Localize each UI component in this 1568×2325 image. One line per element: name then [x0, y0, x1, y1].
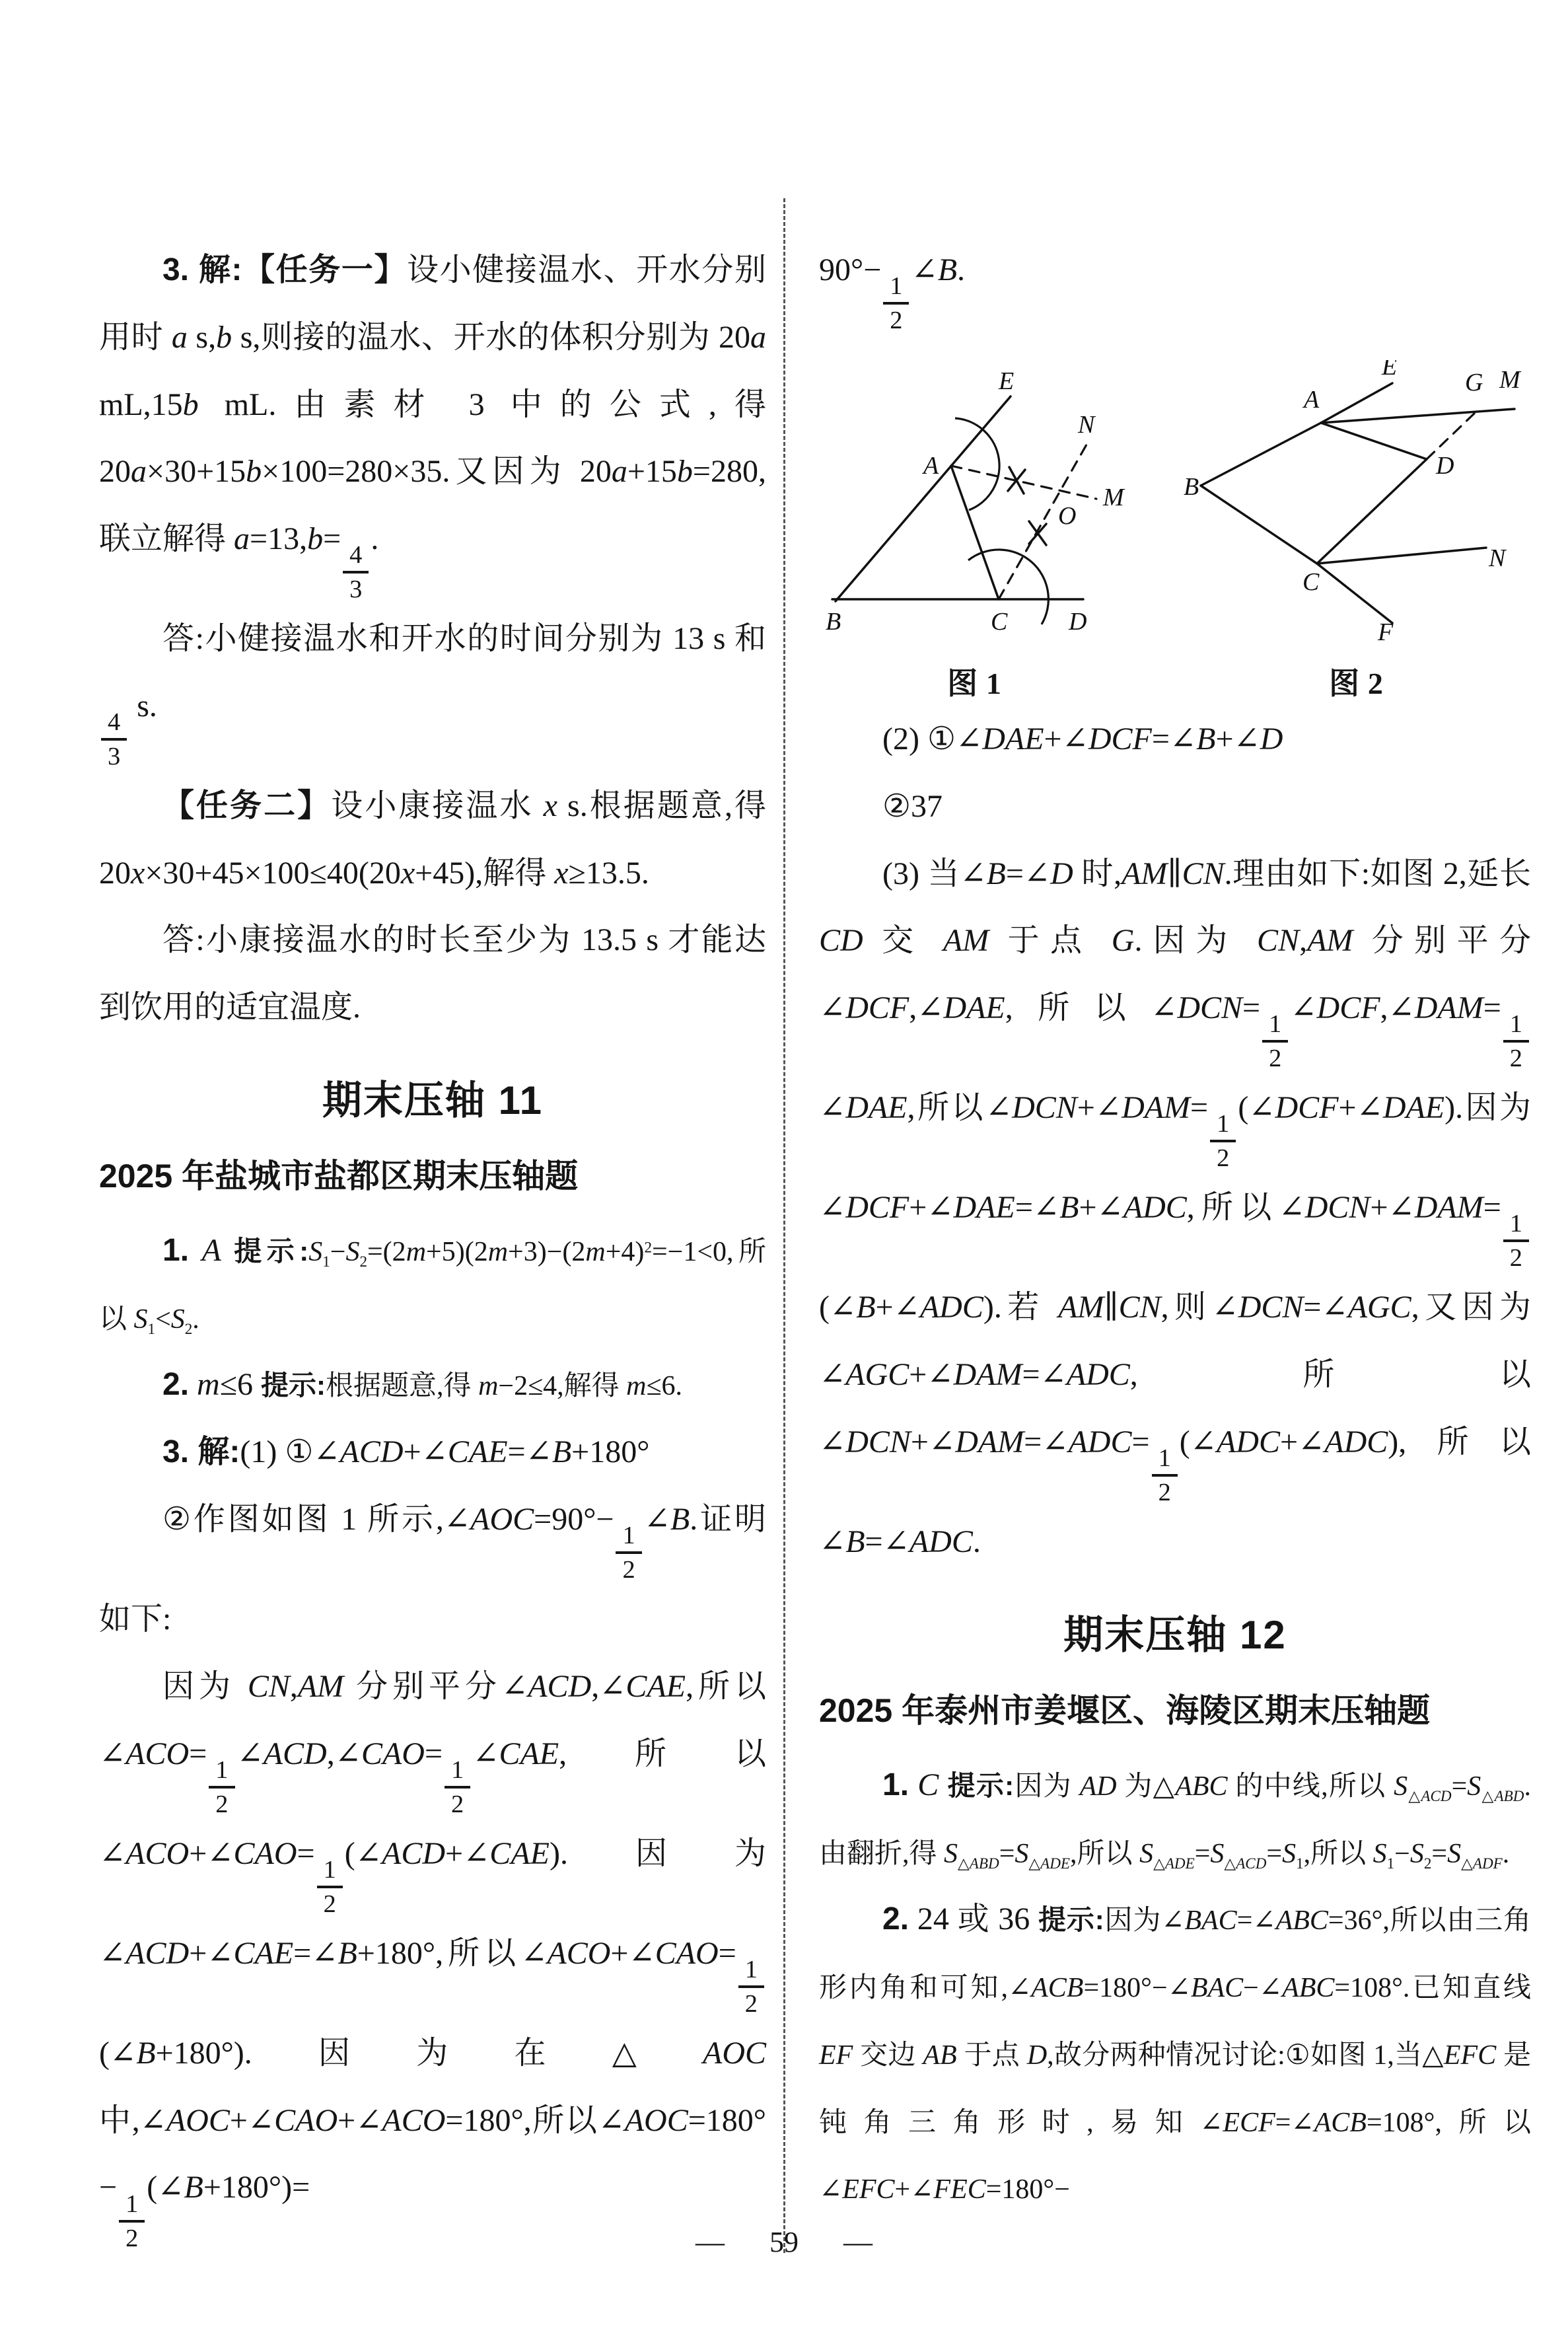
paragraph: 答:小康接温水的时长至少为 13.5 s 才能达到饮用的适宜温度. [99, 906, 766, 1041]
math-var: DAE [845, 1090, 907, 1125]
paragraph: 1. A 提示:S1−S2=(2m+5)(2m+3)−(2m+4)2=−1<0,… [99, 1217, 766, 1352]
fraction: 43 [343, 539, 369, 605]
math-var: DAM [1415, 990, 1483, 1025]
math-var: CAE [448, 1434, 508, 1469]
math-var: ACD [528, 1669, 591, 1704]
fig2-label-A: A [1302, 386, 1320, 414]
paragraph: 2. m≤6 提示:根据题意,得 m−2≤4,解得 m≤6. [99, 1351, 766, 1419]
math-var: CAO [274, 2103, 338, 2138]
fraction-denominator: 2 [1152, 1477, 1178, 1508]
math-var: CN [1182, 856, 1225, 891]
fig2-ray-CN [1317, 548, 1486, 564]
math-var: a [234, 521, 250, 556]
math-var: AGC [845, 1357, 909, 1392]
fraction-numerator: 1 [445, 1754, 470, 1789]
math-var: B [938, 252, 957, 287]
math-var: DCN [1238, 1290, 1304, 1325]
fraction-numerator: 1 [119, 2188, 145, 2223]
fig1-compass-arc-C [968, 550, 1048, 624]
fig2-label-M: M [1499, 366, 1522, 394]
fig2-ray-AE [1321, 383, 1392, 423]
math-var: B [1196, 721, 1215, 757]
math-var: S [1394, 1771, 1408, 1802]
fig2-line-AD [1321, 423, 1427, 459]
paragraph: 3. 解:(1) ①∠ACD+∠CAE=∠B+180° [99, 1419, 766, 1486]
fraction-denominator: 2 [1210, 1142, 1236, 1174]
math-var: DCF [1317, 990, 1380, 1025]
math-var: DCF [845, 990, 909, 1025]
fig1-label-M: M [1102, 484, 1125, 511]
subsection-heading: 2025 年泰州市姜堰区、海陵区期末压轴题 [819, 1684, 1531, 1732]
math-var: B [670, 1502, 690, 1537]
fig2-ray-AM [1321, 409, 1515, 423]
section-heading: 期末压轴 12 [819, 1604, 1531, 1660]
math-var: B [856, 1290, 875, 1325]
math-var: EFC [842, 2174, 894, 2205]
page-footer: —59— [0, 2225, 1568, 2259]
math-var: CD [819, 923, 863, 958]
math-var: m [478, 1371, 498, 1401]
bold-label: 3. 解: [162, 252, 242, 287]
math-var: ADF [1473, 1855, 1503, 1872]
math-var: AGC [1348, 1290, 1411, 1325]
math-var: S [1282, 1839, 1296, 1869]
fig2-label-B: B [1184, 473, 1199, 501]
subscript: △ABD [1481, 1787, 1524, 1804]
fig1-label-N: N [1077, 411, 1096, 439]
fraction-numerator: 1 [616, 1520, 641, 1554]
math-var: ACO [125, 1736, 189, 1771]
math-var: CAE [489, 1836, 550, 1871]
math-var: DCN [1305, 1190, 1371, 1225]
math-var: ABC [1175, 1771, 1227, 1802]
fig1-label-E: E [998, 367, 1014, 395]
fraction: 12 [445, 1754, 470, 1820]
math-var: ACO [382, 2103, 445, 2138]
math-var: DCN [1177, 990, 1242, 1025]
math-var: a [612, 454, 627, 489]
math-var: a [750, 320, 766, 355]
math-var: DCN [1012, 1090, 1077, 1125]
math-var: DAM [1415, 1190, 1483, 1225]
bold-label: 3. 解: [162, 1434, 240, 1469]
fraction: 12 [1210, 1108, 1236, 1174]
math-var: ADC [1217, 1424, 1280, 1459]
math-var: CAE [234, 1936, 294, 1971]
math-var: B [1059, 1190, 1079, 1225]
subscript: 1 [322, 1253, 330, 1270]
math-var: ABD [1495, 1787, 1524, 1804]
paragraph: ②作图如图 1 所示,∠AOC=90°−12∠B.证明如下: [99, 1486, 766, 1653]
subscript: 2 [185, 1320, 193, 1337]
math-var: m [626, 1371, 646, 1401]
superscript: 2 [644, 1238, 652, 1255]
fig1-label-A: A [921, 452, 939, 480]
paragraph: 【任务二】设小康接温水 x s.根据题意,得 20x×30+45×100≤40(… [99, 772, 766, 907]
bold-label: 1. [162, 1233, 189, 1268]
paragraph: 因为 CN,AM 分别平分∠ACD,∠CAE,所以∠ACO=12∠ACD,∠CA… [99, 1653, 766, 2254]
fraction-numerator: 1 [1152, 1442, 1178, 1477]
math-var: DAM [955, 1424, 1024, 1459]
math-var: AM [943, 923, 989, 958]
fraction: 43 [101, 706, 127, 772]
fraction: 12 [317, 1854, 343, 1920]
page-number: 59 [769, 2226, 799, 2258]
subscript: △ADE [1028, 1855, 1070, 1872]
subscript: 2 [359, 1253, 367, 1270]
figure-1-caption: 图 1 [819, 659, 1129, 703]
fraction-denominator: 3 [343, 573, 369, 605]
math-var: ADC [909, 1524, 973, 1559]
math-var: DAE [954, 1190, 1015, 1225]
subscript: △ACD [1224, 1855, 1266, 1872]
fraction-numerator: 4 [101, 706, 127, 741]
math-var: AM [1058, 1290, 1104, 1325]
math-var: CN [1257, 923, 1299, 958]
math-var: ACO [125, 1836, 189, 1871]
math-var: BAC [1184, 1905, 1236, 1936]
math-var: AOC [470, 1502, 534, 1537]
fraction-denominator: 2 [209, 1789, 234, 1820]
fraction: 12 [1152, 1442, 1178, 1508]
math-var: CAO [361, 1736, 425, 1771]
math-var: b [677, 454, 693, 489]
hint-text: 根据题意,得 m−2≤4,解得 m≤6. [326, 1371, 682, 1401]
right-column-text-top: 90°−12∠B. [819, 237, 1531, 336]
math-var: S [1210, 1839, 1224, 1869]
subscript: 1 [1387, 1855, 1395, 1872]
math-var: ACD [382, 1836, 445, 1871]
math-var: AOC [703, 2036, 766, 2071]
math-var: ADE [1040, 1855, 1070, 1872]
math-var: AM [1122, 856, 1167, 891]
right-column: 90°−12∠B. B C D A E [819, 237, 1531, 2222]
fig2-label-E: E [1381, 360, 1397, 381]
paragraph: ②37 [819, 773, 1531, 840]
math-var: ADC [1067, 1357, 1130, 1392]
math-var: B [986, 856, 1005, 891]
paragraph: (3) 当∠B=∠D 时,AM∥CN.理由如下:如图 2,延长 CD 交 AM … [819, 840, 1531, 1576]
fig1-label-C: C [991, 608, 1008, 636]
fig1-label-B: B [826, 608, 841, 636]
math-var: DAE [1383, 1090, 1444, 1125]
figure-1: B C D A E N M O 图 1 [819, 367, 1129, 703]
subscript: △ACD [1408, 1787, 1451, 1804]
fig1-label-D: D [1068, 608, 1087, 636]
math-var: S [1447, 1839, 1461, 1869]
math-var: m [585, 1237, 605, 1267]
math-var: b [246, 454, 262, 489]
math-var: ACD [264, 1736, 327, 1771]
figure-2-drawing: B A E G M D C N F [1181, 360, 1531, 644]
math-var: CAO [234, 1836, 297, 1871]
subscript: 1 [1296, 1855, 1304, 1872]
paragraph: 答:小健接温水和开水的时间分别为 13 s 和43 s. [99, 605, 766, 772]
math-var: a [131, 454, 147, 489]
fraction-numerator: 1 [738, 1954, 764, 1988]
subscript: △ABD [958, 1855, 999, 1872]
math-var: S [308, 1237, 322, 1267]
fraction: 12 [209, 1754, 234, 1820]
math-var: ECF [1223, 2108, 1275, 2138]
fraction: 12 [1503, 1008, 1529, 1074]
bold-label: 2. [882, 1901, 909, 1937]
math-var: D [1050, 856, 1073, 891]
math-var: b [183, 387, 199, 422]
math-var: AM [298, 1669, 343, 1704]
fraction-denominator: 3 [101, 741, 127, 772]
math-var: EF [819, 2040, 853, 2071]
math-var: ADE [1165, 1855, 1195, 1872]
math-var: x [554, 856, 568, 891]
fraction-numerator: 1 [883, 270, 909, 305]
math-var: x [401, 856, 415, 891]
fraction-numerator: 1 [1210, 1108, 1236, 1142]
math-var: b [216, 320, 232, 355]
math-var: A [202, 1233, 221, 1268]
bold-label: 【任务二】 [162, 788, 331, 823]
math-var: ACD [1236, 1855, 1266, 1872]
fraction-denominator: 2 [1262, 1043, 1288, 1074]
math-var: B [136, 2036, 155, 2071]
math-var: G [1112, 923, 1135, 958]
math-var: S [134, 1304, 148, 1335]
fig2-line-BA [1201, 423, 1321, 486]
math-var: DCF [1275, 1090, 1339, 1125]
fraction-numerator: 1 [317, 1854, 343, 1888]
math-var: FEC [933, 2174, 985, 2205]
fig2-line-BC [1201, 486, 1317, 564]
math-var: a [172, 320, 188, 355]
math-var: CAO [655, 1936, 719, 1971]
hint-label: 提示: [261, 1370, 326, 1401]
fraction-numerator: 1 [209, 1754, 234, 1789]
fraction: 12 [883, 270, 909, 336]
figure-1-drawing: B C D A E N M O [819, 367, 1129, 644]
math-var: S [1467, 1771, 1481, 1802]
figure-2: B A E G M D C N F 图 2 [1181, 360, 1531, 703]
footer-left-dash: — [695, 2226, 725, 2258]
subscript: △ADE [1153, 1855, 1195, 1872]
math-var: ACO [547, 1936, 610, 1971]
left-column-text: 3. 解:【任务一】设小健接温水、开水分别用时 a s,b s,则接的温水、开水… [99, 237, 766, 2254]
math-var: S [1015, 1839, 1028, 1869]
hint-text: 因为∠BAC=∠ABC=36°,所以由三角形内角和可知,∠ACB=180°−∠B… [819, 1905, 1531, 2205]
math-var: S [944, 1839, 958, 1869]
fig2-line-DC [1317, 459, 1427, 564]
fraction: 12 [1262, 1008, 1288, 1074]
math-var: D [1027, 2040, 1047, 2071]
math-var: B [845, 1524, 865, 1559]
math-var: x [131, 856, 145, 891]
math-var: AOC [625, 2103, 688, 2138]
subscript: 1 [148, 1320, 156, 1337]
math-var: b [307, 521, 323, 556]
math-var: B [184, 2170, 203, 2205]
math-var: AOC [166, 2103, 230, 2138]
math-var: DCN [845, 1424, 911, 1459]
right-column-text-rest: (2) ①∠DAE+∠DCF=∠B+∠D②37(3) 当∠B=∠D 时,AM∥C… [819, 706, 1531, 2222]
math-var: S [1139, 1839, 1153, 1869]
math-var: DCF [1088, 721, 1152, 757]
fraction: 12 [616, 1520, 641, 1586]
math-var: S [345, 1237, 359, 1267]
section-heading: 期末压轴 11 [99, 1069, 766, 1126]
subsection-heading: 2025 年盐城市盐都区期末压轴题 [99, 1150, 766, 1197]
math-var: ADC [920, 1290, 983, 1325]
math-var: DAM [1122, 1090, 1190, 1125]
fig1-line-AC [951, 466, 999, 599]
math-var: ABC [1282, 1973, 1334, 2003]
math-var: ADC [1123, 1190, 1187, 1225]
fig2-label-G: G [1465, 369, 1483, 396]
hint-label: 提示: [234, 1236, 308, 1267]
fraction-numerator: 1 [1503, 1008, 1529, 1043]
bold-label: 1. [882, 1767, 909, 1802]
math-var: S [1410, 1839, 1424, 1869]
fig1-label-O: O [1058, 502, 1076, 530]
math-var: ACB [1314, 2108, 1367, 2138]
hint-label: 提示: [1038, 1904, 1104, 1935]
figure-2-caption: 图 2 [1181, 659, 1531, 703]
fraction: 12 [1503, 1208, 1529, 1274]
math-var: ADC [1324, 1424, 1388, 1459]
paragraph: 2. 24 或 36 提示:因为∠BAC=∠ABC=36°,所以由三角形内角和可… [819, 1886, 1531, 2222]
math-var: B [552, 1434, 571, 1469]
footer-right-dash: — [843, 2226, 873, 2258]
fig1-line-BE [836, 396, 1011, 601]
fraction-numerator: 4 [343, 539, 369, 573]
math-var: B [338, 1936, 357, 1971]
fraction-denominator: 2 [738, 1988, 764, 2020]
paragraph: 3. 解:【任务一】设小健接温水、开水分别用时 a s,b s,则接的温水、开水… [99, 237, 766, 605]
subscript: △ADF [1461, 1855, 1503, 1872]
math-var: C [917, 1767, 939, 1802]
math-var: S [1373, 1839, 1387, 1869]
math-var: BAC [1191, 1973, 1243, 2003]
math-var: DAE [982, 721, 1044, 757]
math-var: S [171, 1304, 185, 1335]
fraction-denominator: 2 [883, 305, 909, 336]
paragraph: (2) ①∠DAE+∠DCF=∠B+∠D [819, 706, 1531, 773]
math-var: ADC [1068, 1424, 1131, 1459]
column-divider [783, 198, 785, 2253]
fraction-denominator: 2 [317, 1888, 343, 1920]
bold-label: 【任务一】 [242, 252, 408, 287]
fig2-label-D: D [1435, 452, 1454, 480]
math-var: CN [248, 1669, 290, 1704]
math-var: AM [1307, 923, 1353, 958]
fig2-ray-CF [1317, 564, 1392, 623]
math-var: m [488, 1237, 508, 1267]
fraction-denominator: 2 [1503, 1242, 1529, 1274]
fig1-tick-mark-CN [1029, 521, 1046, 545]
math-var: CAE [499, 1736, 559, 1771]
math-var: m [197, 1367, 220, 1402]
fig2-label-C: C [1302, 568, 1320, 596]
subscript: 2 [1424, 1855, 1432, 1872]
math-var: DAE [943, 990, 1005, 1025]
math-var: ABC [1276, 1905, 1328, 1936]
fig2-label-N: N [1488, 544, 1507, 572]
math-var: EFC [1444, 2040, 1496, 2071]
figure-row: B C D A E N M O 图 1 [819, 360, 1531, 703]
bold-label: 2. [162, 1367, 189, 1402]
math-var: m [406, 1237, 426, 1267]
math-var: ABD [970, 1855, 999, 1872]
fraction-denominator: 2 [445, 1789, 470, 1820]
fraction-numerator: 1 [1262, 1008, 1288, 1043]
math-var: CAE [625, 1669, 686, 1704]
hint-text: S1−S2=(2m+5)(2m+3)−(2m+4)2=−1<0,所以 S1<S2… [99, 1237, 766, 1335]
math-var: ACD [1421, 1787, 1451, 1804]
paragraph: 90°−12∠B. [819, 237, 1531, 336]
math-var: x [544, 788, 557, 823]
fraction-numerator: 1 [1503, 1208, 1529, 1242]
math-var: ACD [340, 1434, 404, 1469]
math-var: DAM [954, 1357, 1022, 1392]
fraction-denominator: 2 [616, 1554, 641, 1586]
math-var: AD [1080, 1771, 1117, 1802]
math-var: ACD [125, 1936, 189, 1971]
left-column: 3. 解:【任务一】设小健接温水、开水分别用时 a s,b s,则接的温水、开水… [99, 237, 766, 2254]
math-var: DCF [845, 1190, 909, 1225]
paragraph: 1. C 提示:因为 AD 为△ABC 的中线,所以 S△ACD=S△ABD.由… [819, 1752, 1531, 1886]
fraction: 12 [738, 1954, 764, 2020]
fig2-label-F: F [1377, 618, 1394, 644]
math-var: D [1260, 721, 1283, 757]
math-var: CN [1119, 1290, 1161, 1325]
fraction-denominator: 2 [1503, 1043, 1529, 1074]
math-var: AB [923, 2040, 956, 2071]
hint-label: 提示: [948, 1770, 1015, 1801]
math-var: ACB [1031, 1973, 1083, 2003]
scanned-answer-page: 3. 解:【任务一】设小健接温水、开水分别用时 a s,b s,则接的温水、开水… [0, 0, 1568, 2325]
